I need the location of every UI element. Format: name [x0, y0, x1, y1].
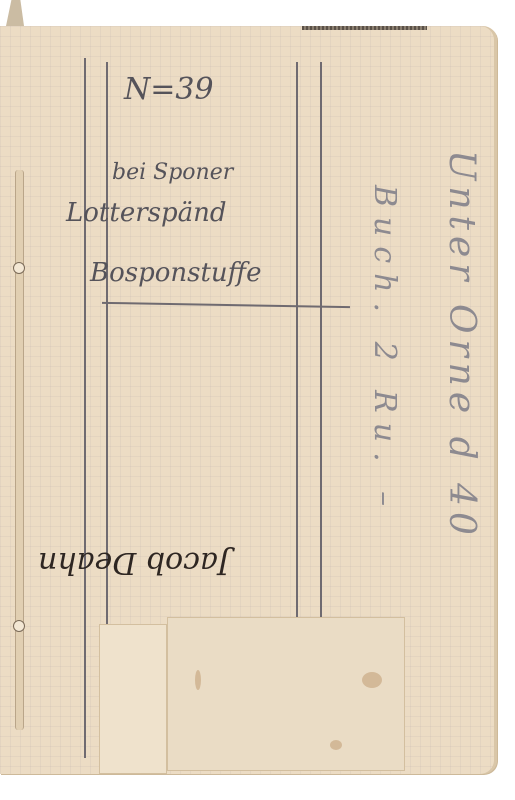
binding-strip — [15, 170, 24, 730]
ruled-column-line — [320, 62, 322, 622]
ruled-column-line — [296, 62, 298, 622]
stain — [330, 740, 342, 750]
upside-down-signature: Jacob Deahn — [38, 545, 230, 580]
ruled-column-line — [84, 58, 86, 758]
binding-hole — [13, 262, 25, 274]
binding-tab — [6, 0, 24, 26]
torn-paper-flap — [100, 625, 166, 773]
vertical-note-outer: Unter Orne d 40 — [441, 150, 482, 541]
vertical-note-inner: Buch. 2 Ru. – — [367, 185, 402, 516]
binding-hole — [13, 620, 25, 632]
stain — [195, 670, 201, 690]
torn-paper-flap — [168, 618, 404, 770]
handwriting-line-2: Lotterspänd — [66, 198, 227, 228]
stain — [362, 672, 382, 688]
spine-stitching — [302, 26, 427, 30]
number-label: N=39 — [124, 72, 214, 107]
handwriting-line-1: bei Sponer — [112, 160, 233, 185]
handwriting-line-3: Bosponstuffe — [90, 258, 262, 288]
